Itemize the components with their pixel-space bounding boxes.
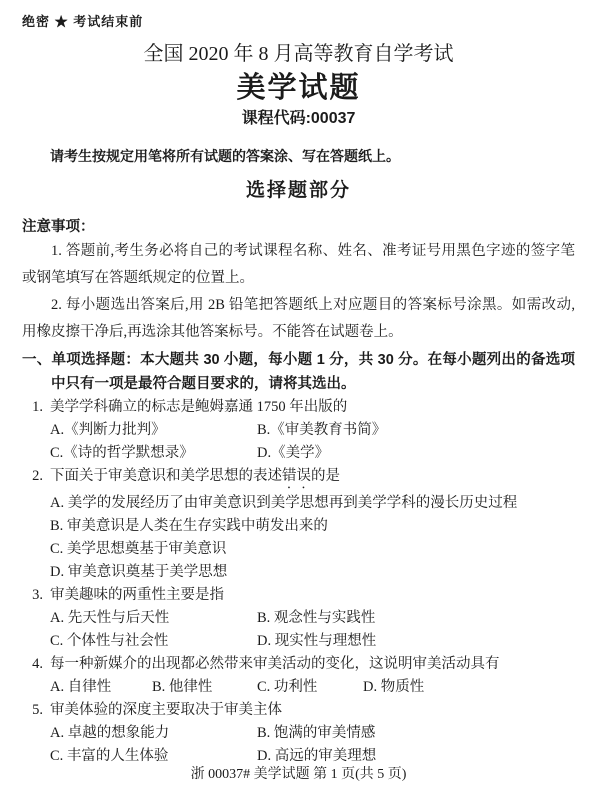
subject-title: 美学试题 (22, 68, 575, 108)
question-5: 5. 审美体验的深度主要取决于审美主体 A. 卓越的想象能力 B. 饱满的审美情… (22, 699, 575, 768)
question-1: 1. 美学学科确立的标志是鲍姆嘉通 1750 年出版的 A.《判断力批判》 B.… (22, 396, 575, 465)
question-text: 美学学科确立的标志是鲍姆嘉通 1750 年出版的 (50, 396, 575, 419)
question-stem: 5. 审美体验的深度主要取决于审美主体 (22, 699, 575, 722)
option-d: D. 审美意识奠基于美学思想 (50, 561, 227, 584)
question-4: 4. 每一种新媒介的出现都必然带来审美活动的变化，这说明审美活动具有 A. 自律… (22, 653, 575, 699)
note-item-2: 2. 每小题选出答案后,用 2B 铅笔把答题纸上对应题目的答案标号涂黑。如需改动… (22, 292, 575, 346)
option-d: D. 现实性与理想性 (257, 630, 376, 653)
option-b: B. 饱满的审美情感 (257, 722, 375, 745)
answer-sheet-instruction: 请考生按规定用笔将所有试题的答案涂、写在答题纸上。 (22, 146, 575, 166)
question-stem: 4. 每一种新媒介的出现都必然带来审美活动的变化，这说明审美活动具有 (22, 653, 575, 676)
option-row: A. 先天性与后天性 B. 观念性与实践性 (22, 607, 575, 630)
option-row: D. 审美意识奠基于美学思想 (22, 561, 575, 584)
option-row: C.《诗的哲学默想录》 D.《美学》 (22, 442, 575, 465)
course-code: 课程代码:00037 (22, 108, 575, 130)
question-stem: 3. 审美趣味的两重性主要是指 (22, 584, 575, 607)
section-title: 选择题部分 (22, 178, 575, 204)
option-b: B. 观念性与实践性 (257, 607, 375, 630)
option-row: C. 美学思想奠基于审美意识 (22, 538, 575, 561)
option-c: C. 美学思想奠基于审美意识 (50, 538, 226, 561)
option-b: B. 审美意识是人类在生存实践中萌发出来的 (50, 515, 328, 538)
question-stem: 1. 美学学科确立的标志是鲍姆嘉通 1750 年出版的 (22, 396, 575, 419)
question-number: 4. (22, 653, 50, 676)
question-text: 审美体验的深度主要取决于审美主体 (50, 699, 575, 722)
option-c: C. 个体性与社会性 (50, 630, 257, 653)
option-a: A. 自律性 (50, 676, 152, 699)
question-2: 2. 下面关于审美意识和美学思想的表述错误的是 A. 美学的发展经历了由审美意识… (22, 465, 575, 584)
stem-text-after: 的是 (311, 468, 340, 484)
option-a: A. 先天性与后天性 (50, 607, 257, 630)
question-number: 2. (22, 465, 50, 492)
note-item-1: 1. 答题前,考生务必将自己的考试课程名称、姓名、准考证号用黑色字迹的签字笔或钢… (22, 238, 575, 292)
question-number: 1. (22, 396, 50, 419)
option-d: D.《美学》 (257, 442, 329, 465)
exam-paper-page: 绝密 ★ 考试结束前 全国 2020 年 8 月高等教育自学考试 美学试题 课程… (0, 0, 597, 794)
option-b: B.《审美教育书简》 (257, 419, 386, 442)
option-a: A. 卓越的想象能力 (50, 722, 257, 745)
question-stem: 2. 下面关于审美意识和美学思想的表述错误的是 (22, 465, 575, 492)
question-text: 审美趣味的两重性主要是指 (50, 584, 575, 607)
option-b: B. 他律性 (152, 676, 257, 699)
option-row: A. 卓越的想象能力 B. 饱满的审美情感 (22, 722, 575, 745)
notes-heading: 注意事项： (22, 216, 575, 238)
stem-emphasized-word: 错误 (282, 468, 311, 484)
option-row: A.《判断力批判》 B.《审美教育书简》 (22, 419, 575, 442)
option-c: C.《诗的哲学默想录》 (50, 442, 257, 465)
option-c: C. 丰富的人生体验 (50, 745, 257, 768)
question-text: 每一种新媒介的出现都必然带来审美活动的变化，这说明审美活动具有 (50, 653, 575, 676)
option-row: C. 丰富的人生体验 D. 高远的审美理想 (22, 745, 575, 768)
option-d: D. 物质性 (363, 676, 424, 699)
option-row: A. 自律性 B. 他律性 C. 功利性 D. 物质性 (22, 676, 575, 699)
question-text: 下面关于审美意识和美学思想的表述错误的是 (50, 465, 575, 492)
question-number: 3. (22, 584, 50, 607)
question-number: 5. (22, 699, 50, 722)
security-classification-label: 绝密 ★ 考试结束前 (22, 14, 575, 30)
option-row: A. 美学的发展经历了由审美意识到美学思想再到美学学科的漫长历史过程 (22, 492, 575, 515)
option-row: B. 审美意识是人类在生存实践中萌发出来的 (22, 515, 575, 538)
option-c: C. 功利性 (257, 676, 363, 699)
option-d: D. 高远的审美理想 (257, 745, 376, 768)
option-a: A.《判断力批判》 (50, 419, 257, 442)
option-a: A. 美学的发展经历了由审美意识到美学思想再到美学学科的漫长历史过程 (50, 492, 517, 515)
page-footer: 浙 00037# 美学试题 第 1 页(共 5 页) (0, 766, 597, 784)
question-3: 3. 审美趣味的两重性主要是指 A. 先天性与后天性 B. 观念性与实践性 C.… (22, 584, 575, 653)
option-row: C. 个体性与社会性 D. 现实性与理想性 (22, 630, 575, 653)
stem-text-before: 下面关于审美意识和美学思想的表述 (50, 468, 282, 484)
question-list: 1. 美学学科确立的标志是鲍姆嘉通 1750 年出版的 A.《判断力批判》 B.… (22, 396, 575, 768)
part1-heading: 一、单项选择题：本大题共 30 小题，每小题 1 分，共 30 分。在每小题列出… (22, 348, 575, 396)
exam-title: 全国 2020 年 8 月高等教育自学考试 (22, 40, 575, 68)
